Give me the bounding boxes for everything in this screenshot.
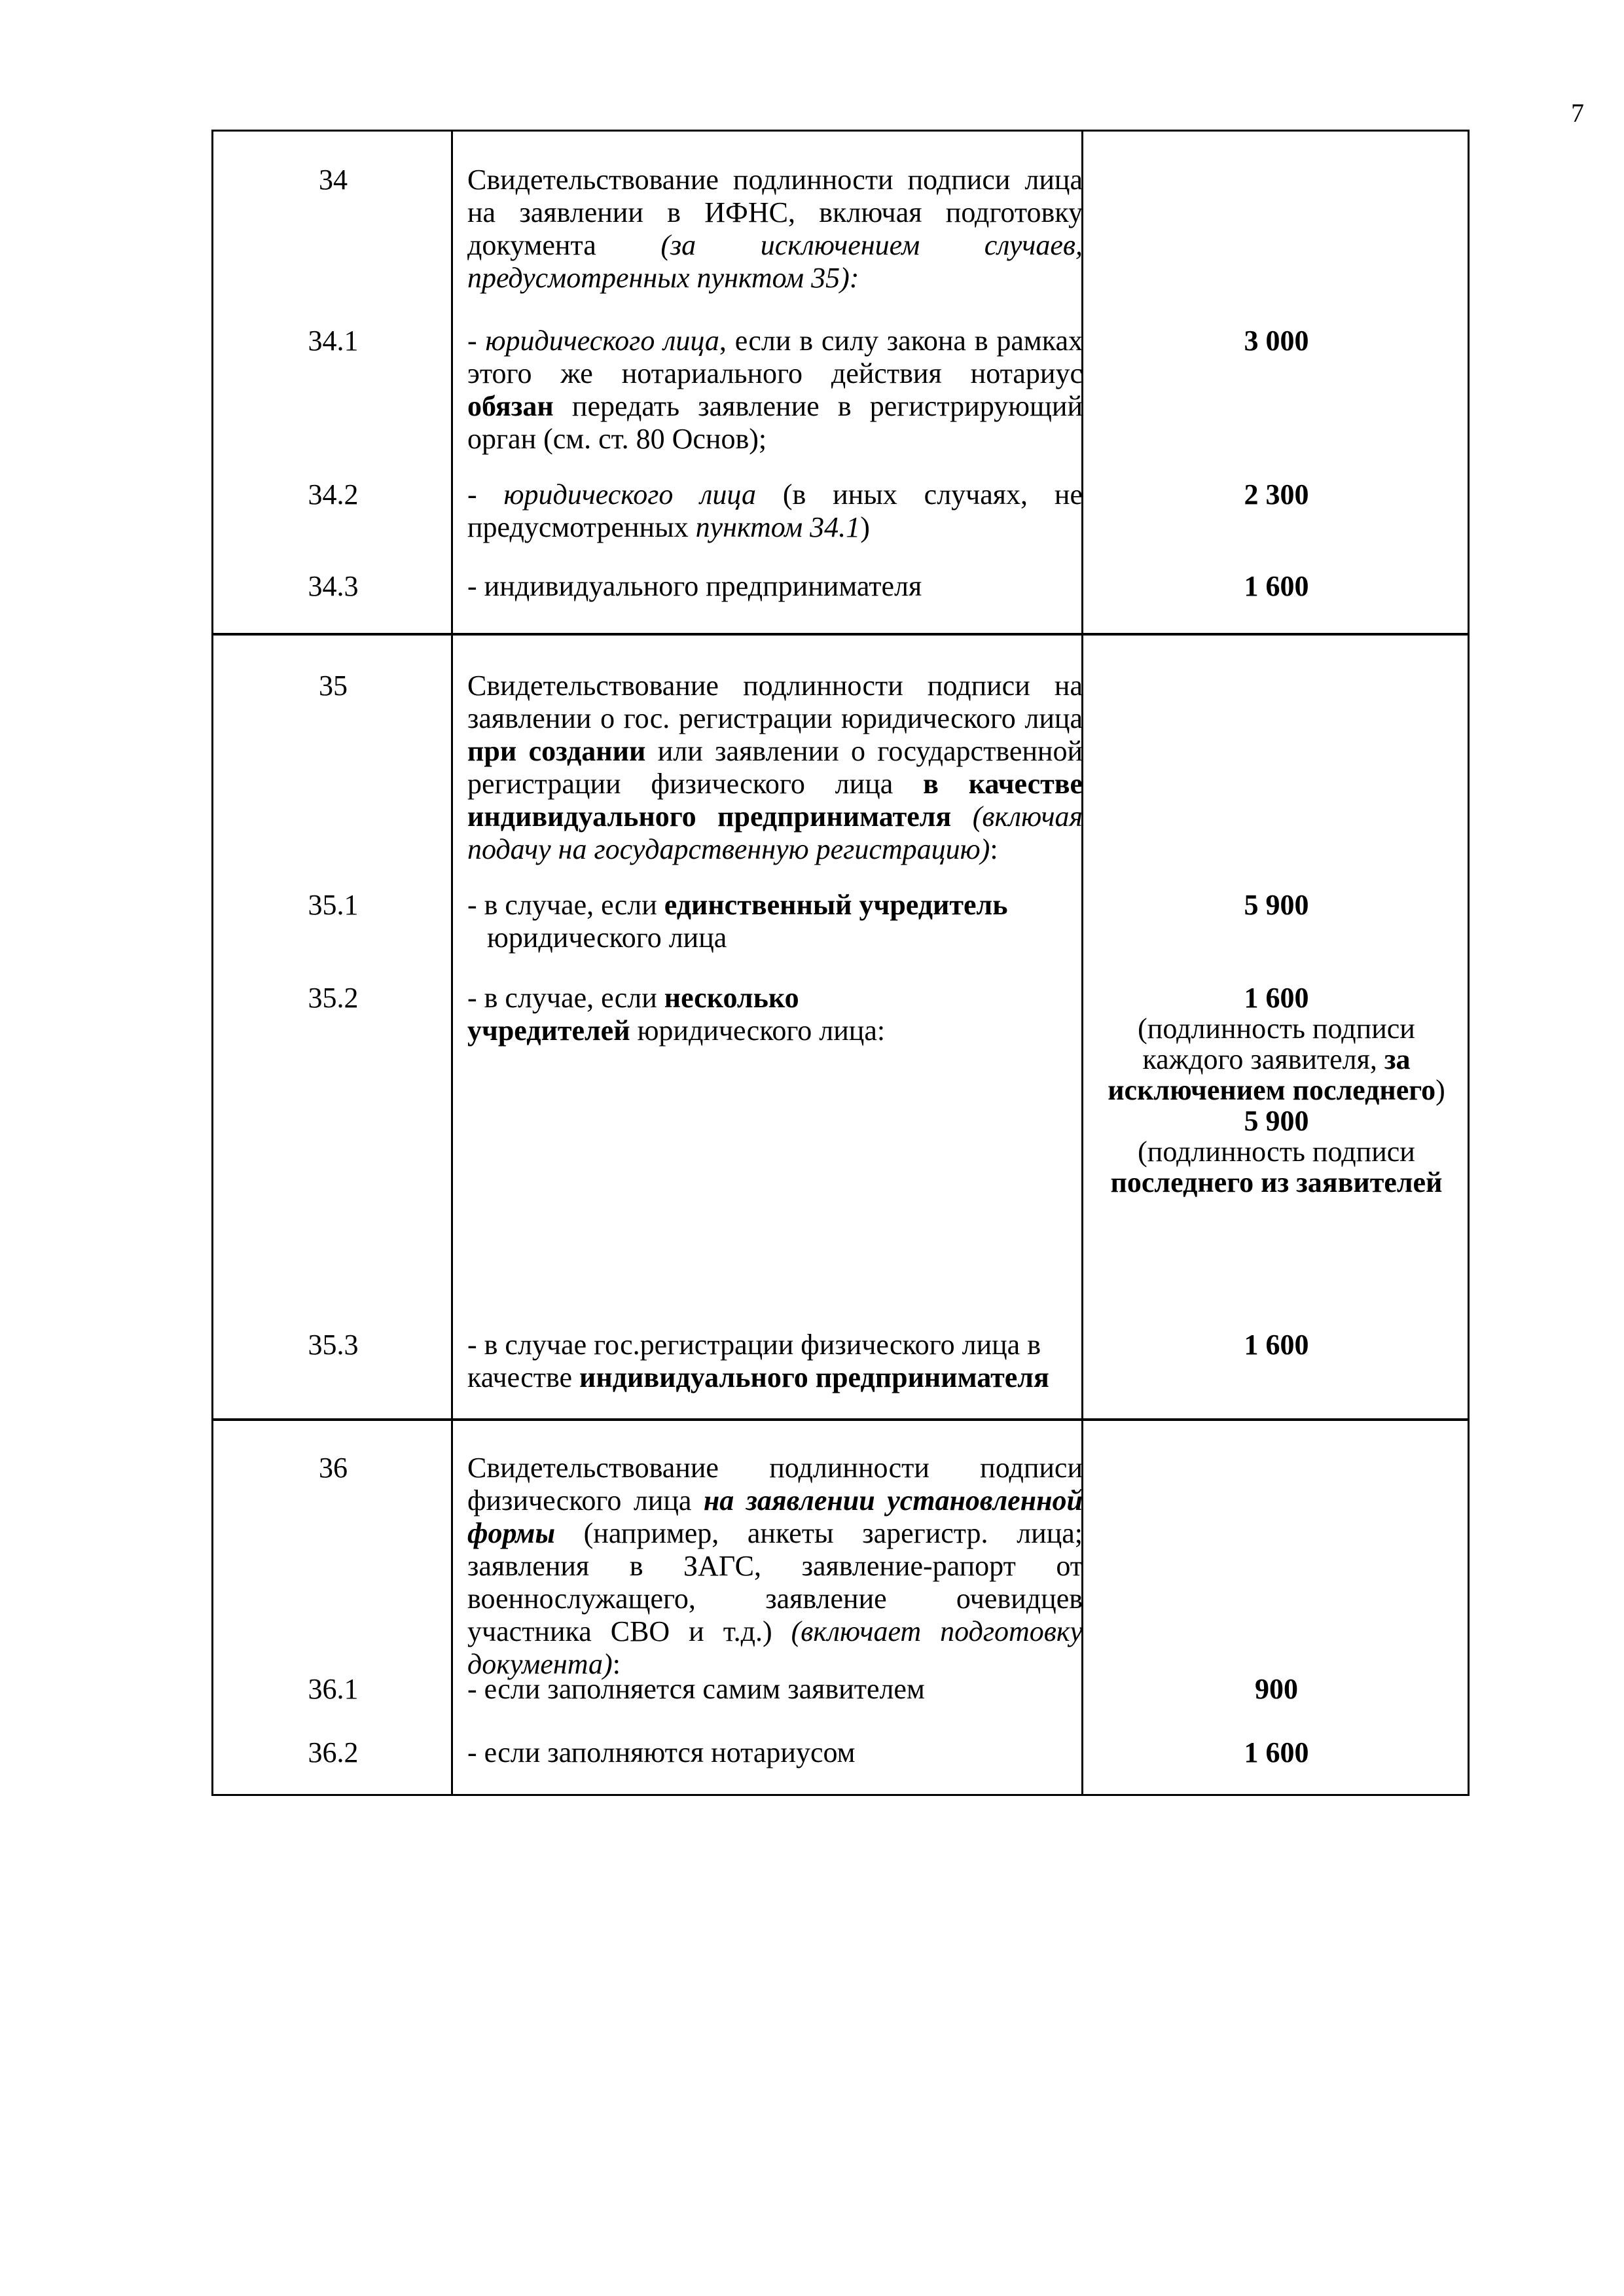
row-34-3-description: - индивидуального предпринимателя [467, 570, 1083, 603]
text-run: : [990, 833, 998, 865]
text-run: исключением последнего [1108, 1074, 1435, 1106]
row-35-1-description-line1: - в случае, если единственный учредитель [467, 889, 1083, 922]
price-line: 5 900 [1085, 1105, 1468, 1136]
text-run: при создании [467, 735, 645, 767]
fee-table: 34 Свидетельствование подлинности подпис… [211, 130, 1470, 1796]
text-run: индивидуального предпринимателя [579, 1361, 1049, 1393]
section-34-title: Свидетельствование подлинности подписи л… [467, 164, 1083, 295]
row-35-2-description: - в случае, если несколько учредителей ю… [467, 982, 939, 1047]
row-34-1-number: 34.1 [213, 325, 453, 357]
row-36-1-number: 36.1 [213, 1673, 453, 1706]
column-divider-1 [451, 132, 453, 1794]
row-34-2-price: 2 300 [1085, 478, 1468, 511]
text-run: 1 600 [1244, 982, 1309, 1014]
text-run: ) [860, 511, 870, 543]
text-run: - если заполняются нотариусом [467, 1736, 856, 1768]
row-35-1-description: - в случае, если единственный учредитель… [467, 889, 1083, 954]
row-36-1-description: - если заполняется самим заявителем [467, 1673, 1083, 1706]
price-line: каждого заявителя, за [1085, 1044, 1468, 1075]
page-number: 7 [1561, 97, 1594, 130]
section-34-number: 34 [213, 164, 453, 196]
text-run [951, 800, 972, 833]
row-36-2-price: 1 600 [1085, 1736, 1468, 1769]
section-divider-35-36 [213, 1418, 1468, 1421]
row-34-3-number: 34.3 [213, 570, 453, 603]
text-run: передать заявление в регистрирующий орга… [467, 390, 1083, 455]
text-run: пунктом 34.1 [696, 511, 861, 543]
row-36-2-description: - если заполняются нотариусом [467, 1736, 1083, 1769]
row-35-3-number: 35.3 [213, 1329, 453, 1361]
row-35-2-price-block: 1 600(подлинность подписикаждого заявите… [1085, 982, 1468, 1198]
text-run: Свидетельствование подлинности подписи н… [467, 670, 1083, 734]
price-line: 1 600 [1085, 982, 1468, 1013]
price-line: исключением последнего) [1085, 1075, 1468, 1105]
text-run: (подлинность подписи [1138, 1013, 1415, 1045]
text-run: последнего из заявителей [1111, 1166, 1443, 1198]
row-35-1-price: 5 900 [1085, 889, 1468, 922]
text-run: единственный учредитель [664, 889, 1008, 921]
text-run: юридического лица: [630, 1014, 886, 1047]
text-run: - индивидуального предпринимателя [467, 570, 922, 602]
price-line: (подлинность подписи [1085, 1136, 1468, 1167]
text-run: каждого заявителя, [1142, 1043, 1384, 1075]
text-run: - [467, 478, 504, 511]
section-35-number: 35 [213, 670, 453, 702]
row-34-1-description: - юридического лица, если в силу закона … [467, 325, 1083, 456]
row-35-3-description: - в случае гос.регистрации физического л… [467, 1329, 1056, 1394]
text-run: (подлинность подписи [1138, 1136, 1415, 1168]
text-run: юридического лица [486, 325, 719, 357]
row-35-3-price: 1 600 [1085, 1329, 1468, 1361]
row-34-2-description: - юридического лица (в иных случаях, не … [467, 478, 1083, 544]
section-36-title: Свидетельствование подлинности подписи ф… [467, 1452, 1083, 1681]
text-run: - в случае, если [467, 982, 664, 1014]
section-35-title: Свидетельствование подлинности подписи н… [467, 670, 1083, 866]
row-34-2-number: 34.2 [213, 478, 453, 511]
text-run: - [467, 325, 486, 357]
text-run: - если заполняется самим заявителем [467, 1673, 925, 1705]
text-run: за [1384, 1043, 1411, 1075]
row-36-2-number: 36.2 [213, 1736, 453, 1769]
price-line: последнего из заявителей [1085, 1167, 1468, 1198]
row-35-1-number: 35.1 [213, 889, 453, 922]
text-run: - в случае, если [467, 889, 664, 921]
row-36-1-price: 900 [1085, 1673, 1468, 1706]
text-run: ) [1435, 1074, 1445, 1106]
row-34-3-price: 1 600 [1085, 570, 1468, 603]
row-35-1-description-line2-text: юридического лица [467, 922, 727, 954]
section-36-number: 36 [213, 1452, 453, 1484]
section-divider-34-35 [213, 633, 1468, 636]
text-run: юридического лица [504, 478, 756, 511]
text-run: 5 900 [1244, 1105, 1309, 1137]
row-35-2-number: 35.2 [213, 982, 453, 1014]
row-34-1-price: 3 000 [1085, 325, 1468, 357]
price-line: (подлинность подписи [1085, 1013, 1468, 1044]
row-35-1-description-line2: юридического лица [467, 922, 1083, 954]
text-run: обязан [467, 390, 554, 422]
